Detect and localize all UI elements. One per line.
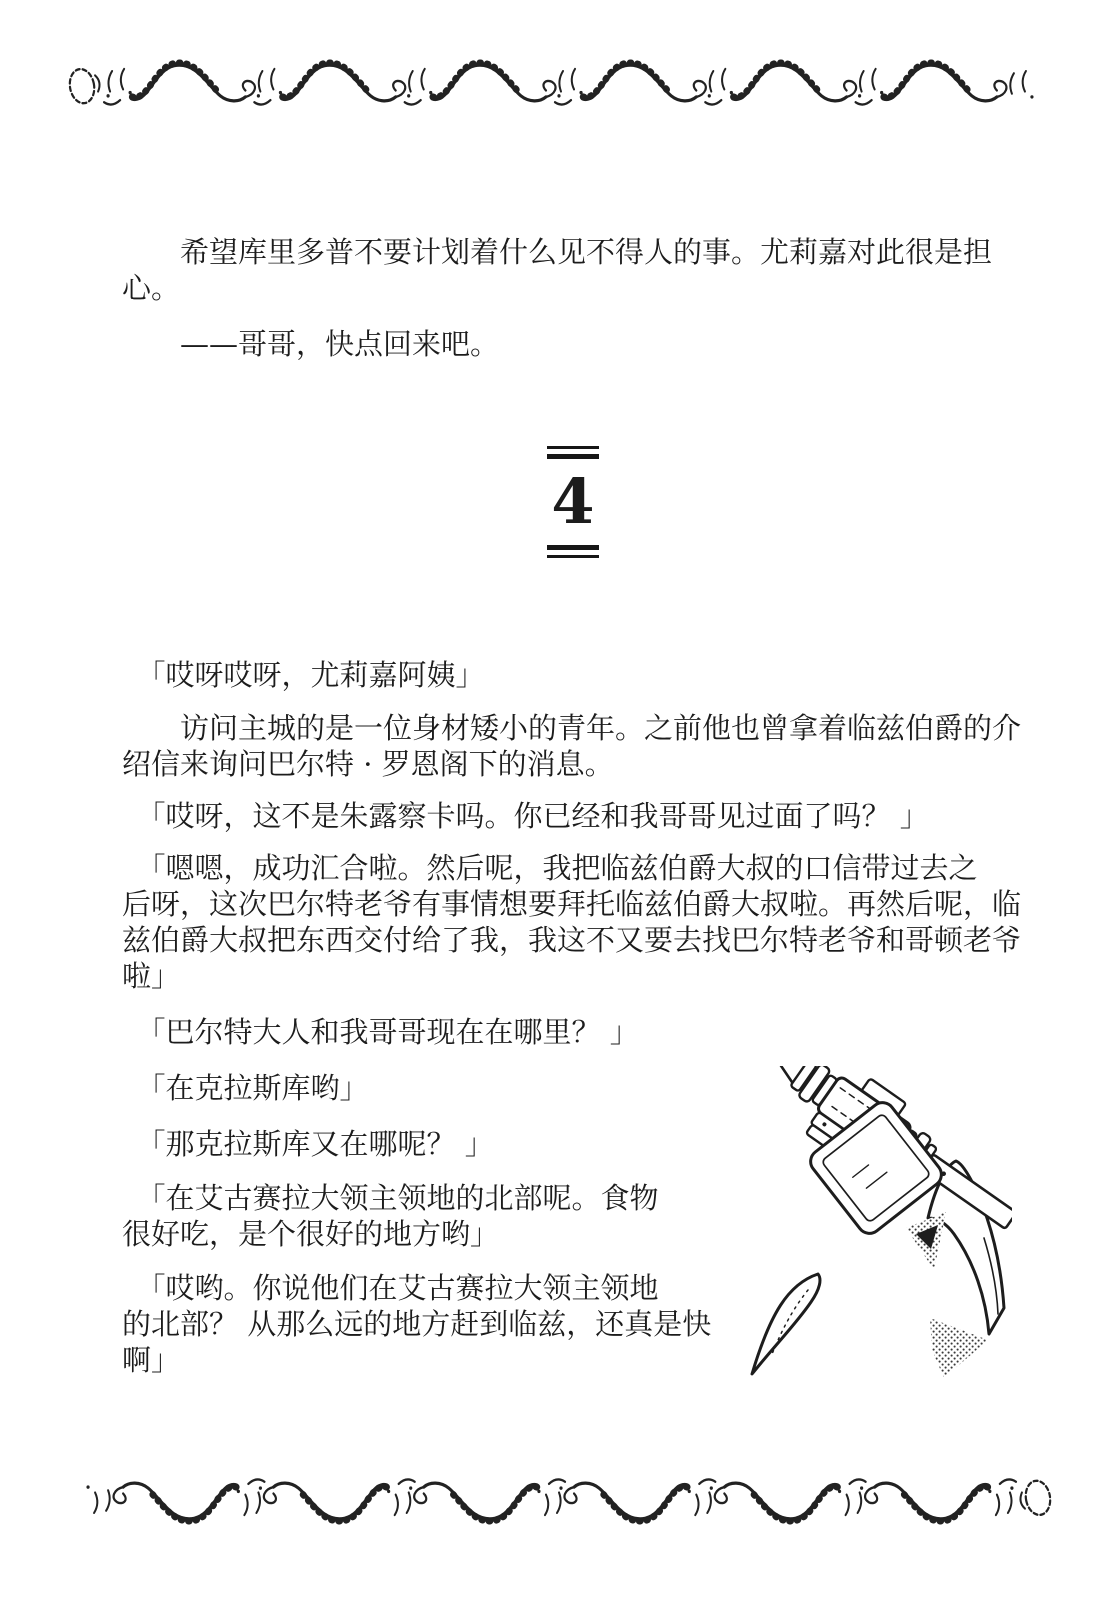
chapter-number: 4: [122, 471, 1024, 533]
divider-rule-thick-bottom: [547, 545, 599, 550]
dialogue-paragraph: 「哎呀，这不是朱露察卡吗。你已经和我哥哥见过面了吗？ 」: [122, 798, 1024, 834]
chapter-heading: 4: [122, 446, 1024, 558]
narration-paragraph: 希望库里多普不要计划着什么见不得人的事。尤莉嘉对此很是担 心。: [122, 234, 1024, 306]
warhammer-illustration: [692, 1066, 1012, 1396]
narration-dash-line: ——哥哥，快点回来吧。: [122, 326, 1024, 362]
dialogue-paragraph: 「哎呀哎呀，尤莉嘉阿姨」: [122, 657, 1024, 693]
bottom-scroll-border-ornament: [64, 1472, 1056, 1528]
divider-rule-thick-top: [547, 454, 599, 459]
narration-paragraph: 访问主城的是一位身材矮小的青年。之前他也曾拿着临兹伯爵的介 绍信来询问巴尔特 ·…: [122, 710, 1024, 782]
book-page: 希望库里多普不要计划着什么见不得人的事。尤莉嘉对此很是担 心。 ——哥哥，快点回…: [0, 0, 1120, 1600]
dialogue-paragraph: 「嗯嗯，成功汇合啦。然后呢，我把临兹伯爵大叔的口信带过去之 后呀，这次巴尔特老爷…: [122, 850, 1024, 994]
dialogue-paragraph: 「巴尔特大人和我哥哥现在在哪里？ 」: [122, 1014, 1024, 1050]
divider-rule-thin-bottom: [547, 555, 599, 558]
divider-rule-thin-top: [547, 446, 599, 449]
